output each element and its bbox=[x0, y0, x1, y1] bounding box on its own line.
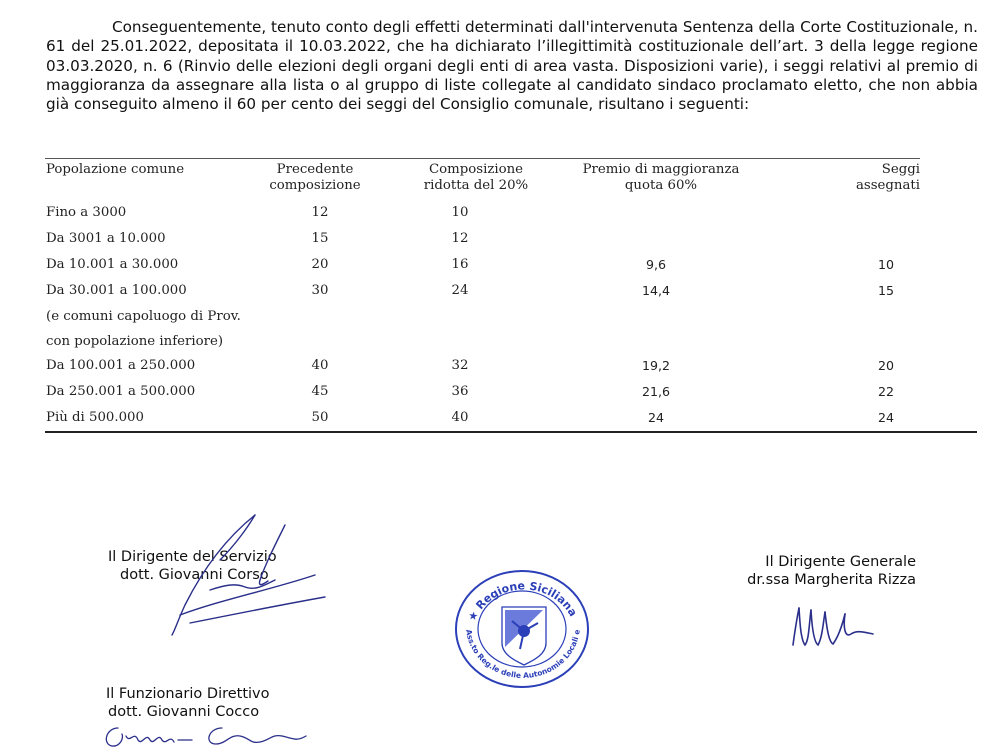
handwritten-signature-rizza bbox=[785, 600, 885, 660]
cell-premium: 14,4 bbox=[626, 283, 686, 298]
cell-reduced: 40 bbox=[440, 410, 480, 425]
cell-premium: 19,2 bbox=[626, 358, 686, 373]
header-premium: Premio di maggioranzaquota 60% bbox=[576, 162, 746, 194]
cell-population: Da 3001 a 10.000 bbox=[46, 231, 166, 246]
signature-role: Il Dirigente Generale bbox=[716, 553, 916, 571]
cell-population: Fino a 3000 bbox=[46, 205, 126, 220]
handwritten-signature-cocco bbox=[100, 722, 320, 750]
cell-reduced: 24 bbox=[440, 283, 480, 298]
cell-population: Più di 500.000 bbox=[46, 410, 144, 425]
cell-assigned: 10 bbox=[866, 257, 906, 272]
seats-table: Popolazione comune Precedentecomposizion… bbox=[0, 0, 1000, 440]
table-row: con popolazione inferiore) bbox=[0, 334, 1000, 360]
table-row: Da 250.001 a 500.000453621,622 bbox=[0, 384, 1000, 410]
header-population: Popolazione comune bbox=[46, 162, 184, 178]
table-row: (e comuni capoluogo di Prov. bbox=[0, 309, 1000, 335]
table-row: Da 3001 a 10.0001512 bbox=[0, 231, 1000, 257]
signature-name: dott. Giovanni Corso bbox=[108, 566, 277, 584]
cell-premium: 24 bbox=[626, 410, 686, 425]
header-assigned: Seggiassegnati bbox=[836, 162, 920, 194]
signature-role: Il Funzionario Direttivo bbox=[106, 685, 270, 703]
signature-block-funzionario: Il Funzionario Direttivo dott. Giovanni … bbox=[106, 685, 270, 721]
cell-reduced: 36 bbox=[440, 384, 480, 399]
document-page: Conseguentemente, tenuto conto degli eff… bbox=[0, 0, 1000, 750]
cell-population: Da 250.001 a 500.000 bbox=[46, 384, 195, 399]
coat-of-arms-icon bbox=[502, 607, 546, 665]
cell-previous: 20 bbox=[300, 257, 340, 272]
cell-assigned: 20 bbox=[866, 358, 906, 373]
cell-previous: 30 bbox=[300, 283, 340, 298]
cell-premium: 9,6 bbox=[626, 257, 686, 272]
signature-block-dirigente-servizio: Il Dirigente del Servizio dott. Giovanni… bbox=[108, 548, 277, 584]
cell-previous: 40 bbox=[300, 358, 340, 373]
cell-reduced: 32 bbox=[440, 358, 480, 373]
table-row: Da 10.001 a 30.00020169,610 bbox=[0, 257, 1000, 283]
signature-name: dott. Giovanni Cocco bbox=[106, 703, 270, 721]
cell-reduced: 12 bbox=[440, 231, 480, 246]
header-previous: Precedentecomposizione bbox=[264, 162, 366, 194]
cell-assigned: 24 bbox=[866, 410, 906, 425]
cell-previous: 15 bbox=[300, 231, 340, 246]
cell-previous: 12 bbox=[300, 205, 340, 220]
cell-population: Da 100.001 a 250.000 bbox=[46, 358, 195, 373]
table-row: Da 30.001 a 100.000302414,415 bbox=[0, 283, 1000, 309]
cell-reduced: 16 bbox=[440, 257, 480, 272]
header-reduced: Composizioneridotta del 20% bbox=[418, 162, 534, 194]
signature-block-dirigente-generale: Il Dirigente Generale dr.ssa Margherita … bbox=[716, 553, 916, 589]
cell-premium: 21,6 bbox=[626, 384, 686, 399]
cell-population: con popolazione inferiore) bbox=[46, 334, 223, 349]
cell-population: Da 10.001 a 30.000 bbox=[46, 257, 178, 272]
cell-reduced: 10 bbox=[440, 205, 480, 220]
cell-previous: 45 bbox=[300, 384, 340, 399]
official-stamp: ★ Regione Siciliana ★ Ass.to Reg.le dell… bbox=[450, 565, 595, 695]
table-row: Fino a 30001210 bbox=[0, 205, 1000, 231]
signature-role: Il Dirigente del Servizio bbox=[108, 548, 277, 566]
table-row: Da 100.001 a 250.000403219,220 bbox=[0, 358, 1000, 384]
cell-previous: 50 bbox=[300, 410, 340, 425]
cell-assigned: 22 bbox=[866, 384, 906, 399]
cell-population: (e comuni capoluogo di Prov. bbox=[46, 309, 241, 324]
cell-population: Da 30.001 a 100.000 bbox=[46, 283, 187, 298]
signature-name: dr.ssa Margherita Rizza bbox=[716, 571, 916, 589]
table-bottom-rule bbox=[45, 431, 977, 433]
cell-assigned: 15 bbox=[866, 283, 906, 298]
table-top-rule bbox=[45, 158, 920, 159]
